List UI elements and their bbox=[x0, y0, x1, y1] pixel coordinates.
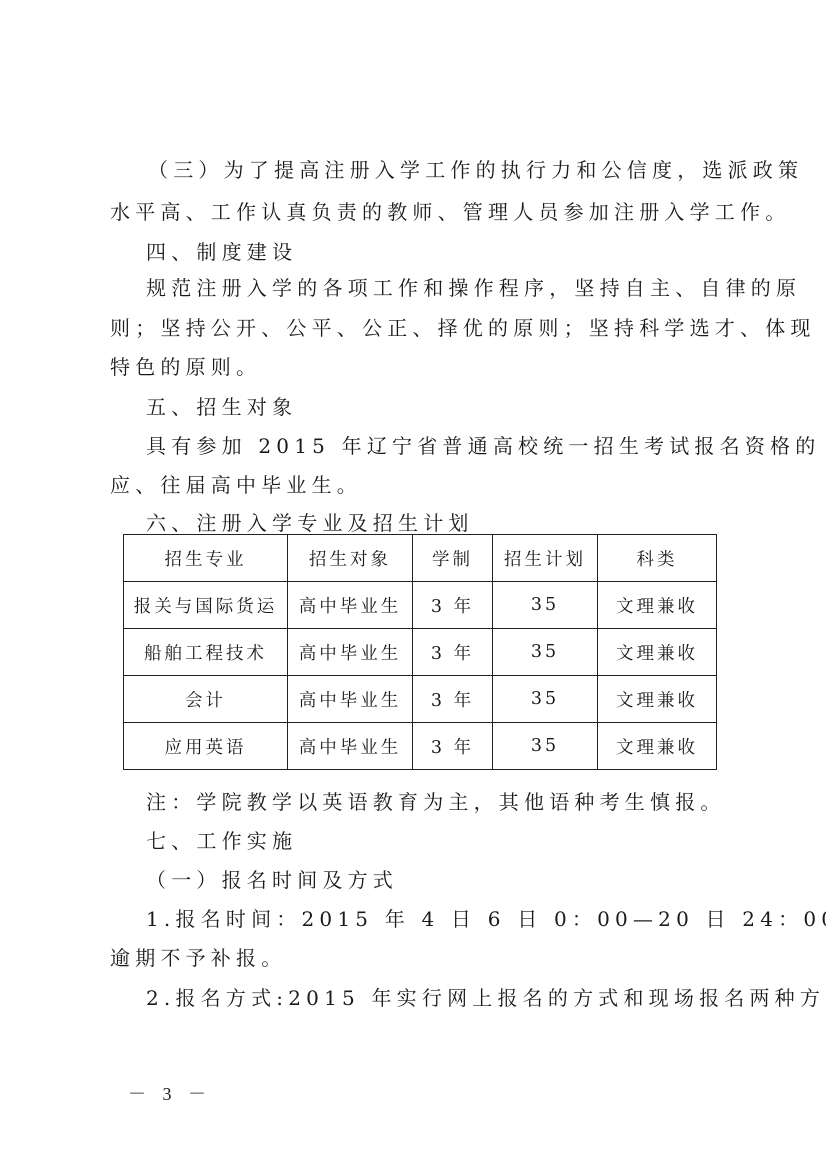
text-line: 逾期不予补报。 bbox=[110, 945, 286, 971]
enrollment-plan-table: 招生专业 招生对象 学制 招生计划 科类 报关与国际货运 高中毕业生 3 年 3… bbox=[123, 534, 717, 770]
page-number: － 3 － bbox=[128, 1080, 212, 1106]
cell-target: 高中毕业生 bbox=[288, 723, 413, 770]
cell-plan: 35 bbox=[493, 582, 598, 629]
cell-category: 文理兼收 bbox=[598, 629, 717, 676]
text-line: 注：学院教学以英语教育为主，其他语种考生慎报。 bbox=[146, 789, 726, 815]
cell-target: 高中毕业生 bbox=[288, 676, 413, 723]
text-line: 特色的原则。 bbox=[110, 354, 261, 380]
cell-duration: 3 年 bbox=[413, 629, 493, 676]
table-header-row: 招生专业 招生对象 学制 招生计划 科类 bbox=[124, 535, 717, 582]
text-line: 规范注册入学的各项工作和操作程序，坚持自主、自律的原 bbox=[146, 275, 801, 301]
text-line: （三）为了提高注册入学工作的执行力和公信度，选派政策 bbox=[148, 157, 803, 183]
text-line: 1.报名时间：2015 年 4 日 6 日 0：00—20 日 24：00 报名… bbox=[146, 906, 826, 932]
text-line: 水平高、工作认真负责的教师、管理人员参加注册入学工作。 bbox=[110, 199, 790, 225]
header-duration: 学制 bbox=[413, 535, 493, 582]
table-row: 船舶工程技术 高中毕业生 3 年 35 文理兼收 bbox=[124, 629, 717, 676]
header-target: 招生对象 bbox=[288, 535, 413, 582]
cell-plan: 35 bbox=[493, 629, 598, 676]
table-row: 报关与国际货运 高中毕业生 3 年 35 文理兼收 bbox=[124, 582, 717, 629]
cell-plan: 35 bbox=[493, 723, 598, 770]
text-line: 五、招生对象 bbox=[146, 394, 297, 420]
cell-major: 报关与国际货运 bbox=[124, 582, 288, 629]
cell-duration: 3 年 bbox=[413, 723, 493, 770]
cell-major: 船舶工程技术 bbox=[124, 629, 288, 676]
text-line: 则；坚持公开、公平、公正、择优的原则；坚持科学选才、体现 bbox=[110, 315, 816, 341]
cell-plan: 35 bbox=[493, 676, 598, 723]
table-row: 会计 高中毕业生 3 年 35 文理兼收 bbox=[124, 676, 717, 723]
text-line: 六、注册入学专业及招生计划 bbox=[146, 510, 474, 536]
cell-category: 文理兼收 bbox=[598, 676, 717, 723]
cell-category: 文理兼收 bbox=[598, 723, 717, 770]
cell-major: 会计 bbox=[124, 676, 288, 723]
text-line: 七、工作实施 bbox=[146, 828, 297, 854]
cell-target: 高中毕业生 bbox=[288, 582, 413, 629]
header-category: 科类 bbox=[598, 535, 717, 582]
text-line: 2.报名方式:2015 年实行网上报名的方式和现场报名两种方 bbox=[146, 985, 825, 1011]
cell-target: 高中毕业生 bbox=[288, 629, 413, 676]
cell-duration: 3 年 bbox=[413, 582, 493, 629]
text-line: 具有参加 2015 年辽宁省普通高校统一招生考试报名资格的 bbox=[146, 433, 820, 459]
text-line: 四、制度建设 bbox=[146, 239, 297, 265]
text-line: 应、往届高中毕业生。 bbox=[110, 472, 362, 498]
table-row: 应用英语 高中毕业生 3 年 35 文理兼收 bbox=[124, 723, 717, 770]
header-plan: 招生计划 bbox=[493, 535, 598, 582]
cell-duration: 3 年 bbox=[413, 676, 493, 723]
header-major: 招生专业 bbox=[124, 535, 288, 582]
text-line: （一）报名时间及方式 bbox=[146, 867, 398, 893]
cell-category: 文理兼收 bbox=[598, 582, 717, 629]
cell-major: 应用英语 bbox=[124, 723, 288, 770]
